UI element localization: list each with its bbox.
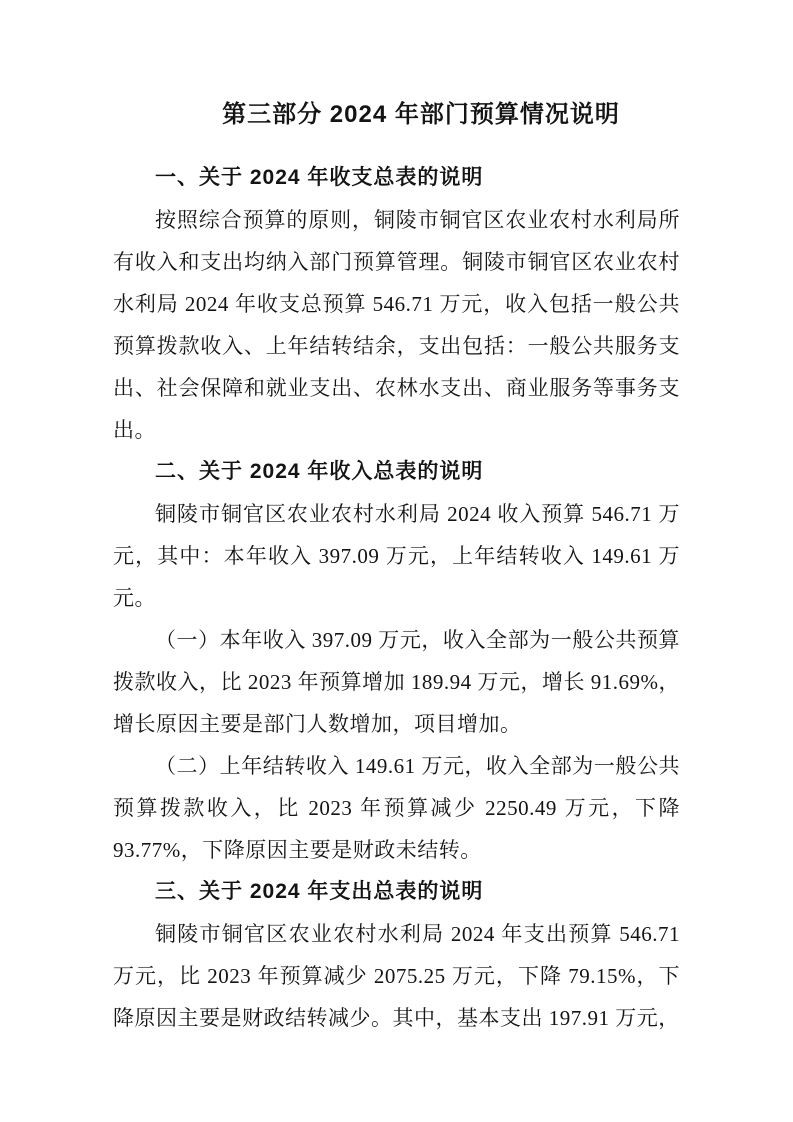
section-income-expense-summary: 一、关于 2024 年收支总表的说明 按照综合预算的原则，铜陵市铜官区农业农村水… [113,157,680,451]
section-2-heading: 二、关于 2024 年收入总表的说明 [113,451,680,493]
section-2-paragraph-1: 铜陵市铜官区农业农村水利局 2024 收入预算 546.71 万元，其中：本年收… [113,493,680,619]
section-2-paragraph-3: （二）上年结转收入 149.61 万元，收入全部为一般公共预算拨款收入，比 20… [113,745,680,871]
section-1-paragraph-1: 按照综合预算的原则，铜陵市铜官区农业农村水利局所有收入和支出均纳入部门预算管理。… [113,199,680,451]
document-content: 第三部分 2024 年部门预算情况说明 一、关于 2024 年收支总表的说明 按… [113,94,680,1039]
section-expense-summary: 三、关于 2024 年支出总表的说明 铜陵市铜官区农业农村水利局 2024 年支… [113,871,680,1039]
section-1-heading: 一、关于 2024 年收支总表的说明 [113,157,680,199]
section-3-heading: 三、关于 2024 年支出总表的说明 [113,871,680,913]
section-income-summary: 二、关于 2024 年收入总表的说明 铜陵市铜官区农业农村水利局 2024 收入… [113,451,680,871]
section-3-paragraph-1: 铜陵市铜官区农业农村水利局 2024 年支出预算 546.71 万元，比 202… [113,913,680,1039]
document-title: 第三部分 2024 年部门预算情况说明 [113,94,680,136]
section-2-paragraph-2: （一）本年收入 397.09 万元，收入全部为一般公共预算拨款收入，比 2023… [113,619,680,745]
document-page: 第三部分 2024 年部门预算情况说明 一、关于 2024 年收支总表的说明 按… [0,0,793,1122]
